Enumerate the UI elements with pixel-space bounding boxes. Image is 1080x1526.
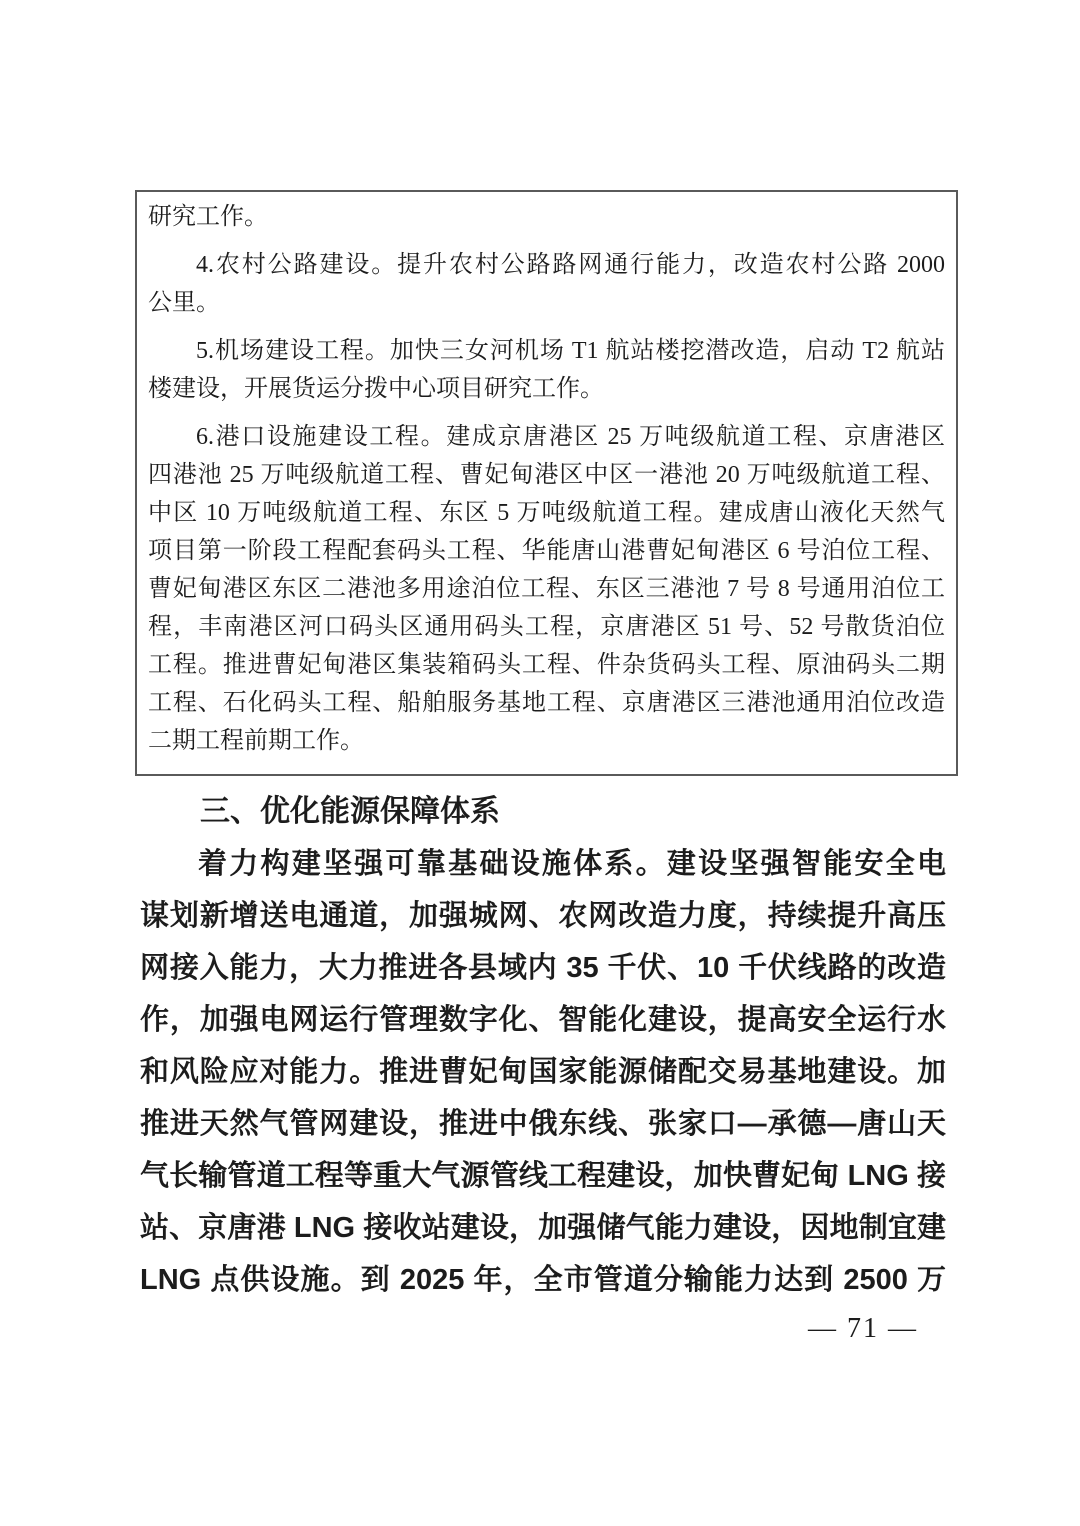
- body-text-line: 气长输管道工程等重大气源管线工程建设，加快曹妃甸 LNG 接收: [140, 1150, 946, 1202]
- energy-section: 三、优化能源保障体系 着力构建坚强可靠基础设施体系。建设坚强智能安全电网， 谋划…: [140, 786, 946, 1306]
- box-text-line: 工程、石化码头工程、船舶服务基地工程、京唐港区三港池通用泊位改造: [148, 684, 945, 722]
- project-list-box: 研究工作。 4.农村公路建设。提升农村公路路网通行能力，改造农村公路 2000 …: [135, 190, 958, 776]
- body-text-line: 推进天然气管网建设，推进中俄东线、张家口—承德—唐山天然: [140, 1098, 946, 1150]
- box-text-line: 5.机场建设工程。加快三女河机场 T1 航站楼挖潜改造，启动 T2 航站: [148, 332, 945, 370]
- box-text-line: 曹妃甸港区东区二港池多用途泊位工程、东区三港池 7 号 8 号通用泊位工: [148, 570, 945, 608]
- box-text-line: 二期工程前期工作。: [148, 722, 945, 760]
- box-text-line: 中区 10 万吨级航道工程、东区 5 万吨级航道工程。建成唐山液化天然气: [148, 494, 945, 532]
- document-page: 研究工作。 4.农村公路建设。提升农村公路路网通行能力，改造农村公路 2000 …: [0, 0, 1080, 1526]
- box-text-line: 工程。推进曹妃甸港区集装箱码头工程、件杂货码头工程、原油码头二期: [148, 646, 945, 684]
- body-text-line: 网接入能力，大力推进各县域内 35 千伏、10 千伏线路的改造工: [140, 942, 946, 994]
- box-text-line: 公里。: [148, 284, 945, 322]
- box-text-line: 6.港口设施建设工程。建成京唐港区 25 万吨级航道工程、京唐港区: [148, 418, 945, 456]
- body-text-line: LNG 点供设施。到 2025 年，全市管道分输能力达到 2500 万方/: [140, 1254, 946, 1306]
- page-number: — 71 —: [808, 1312, 918, 1346]
- body-text-line: 谋划新增送电通道，加强城网、农网改造力度，持续提升高压配: [140, 890, 946, 942]
- body-text-line: 站、京唐港 LNG 接收站建设，加强储气能力建设，因地制宜建设: [140, 1202, 946, 1254]
- box-text-line: 楼建设，开展货运分拨中心项目研究工作。: [148, 370, 945, 408]
- body-text-line: 着力构建坚强可靠基础设施体系。建设坚强智能安全电网，: [140, 838, 946, 890]
- section-heading: 三、优化能源保障体系: [140, 786, 946, 838]
- box-text-line: 程，丰南港区河口码头区通用码头工程，京唐港区 51 号、52 号散货泊位: [148, 608, 945, 646]
- box-text-line: 项目第一阶段工程配套码头工程、华能唐山港曹妃甸港区 6 号泊位工程、: [148, 532, 945, 570]
- box-text-line: 4.农村公路建设。提升农村公路路网通行能力，改造农村公路 2000: [148, 246, 945, 284]
- body-text-line: 作，加强电网运行管理数字化、智能化建设，提高安全运行水平: [140, 994, 946, 1046]
- box-text-line: 研究工作。: [148, 198, 945, 236]
- body-text-line: 和风险应对能力。推进曹妃甸国家能源储配交易基地建设。加快: [140, 1046, 946, 1098]
- box-text-line: 四港池 25 万吨级航道工程、曹妃甸港区中区一港池 20 万吨级航道工程、: [148, 456, 945, 494]
